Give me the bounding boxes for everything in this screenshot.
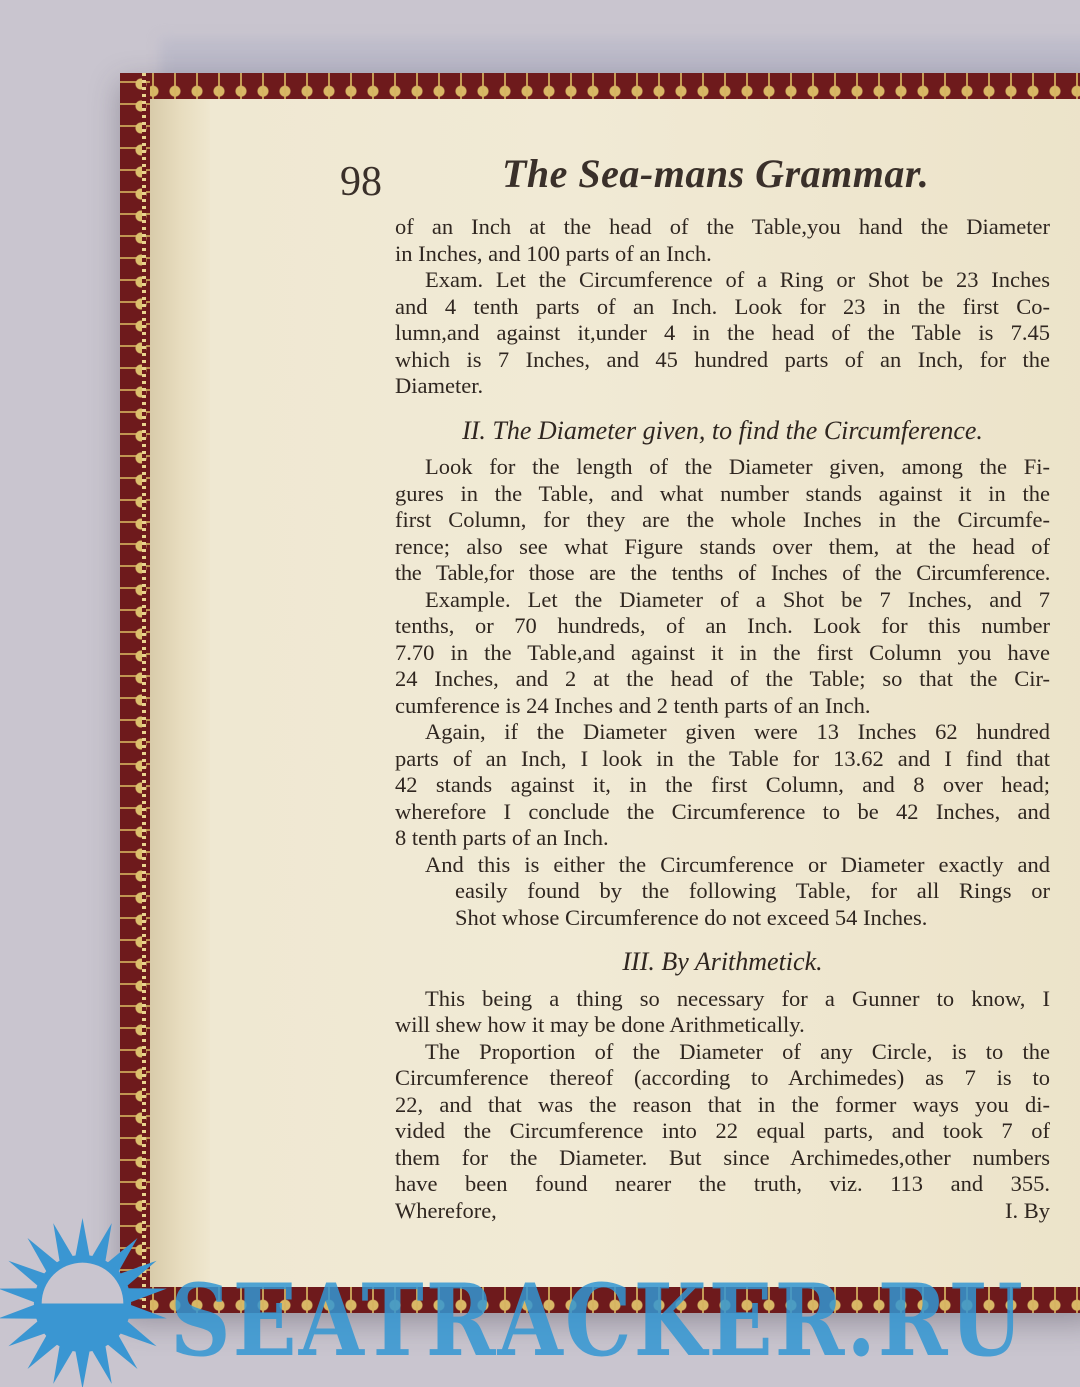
text-line: Exam. Let the Circumference of a Ring or… [395, 267, 1050, 294]
section-heading-ii: II. The Diameter given, to find the Circ… [395, 418, 1050, 445]
gilt-border-bottom [120, 1287, 1080, 1313]
text-line: 24 Inches, and 2 at the head of the Tabl… [395, 666, 1050, 693]
text-line: them for the Diameter. But since Archime… [395, 1145, 1050, 1172]
text-line: and 4 tenth parts of an Inch. Look for 2… [395, 294, 1050, 321]
text-line: cumference is 24 Inches and 2 tenth part… [395, 693, 1050, 720]
text-line: which is 7 Inches, and 45 hundred parts … [395, 347, 1050, 374]
text-line: The Proportion of the Diameter of any Ci… [395, 1039, 1050, 1066]
text-line: tenths, or 70 hundreds, of an Inch. Look… [395, 613, 1050, 640]
text-line: Shot whose Circumference do not exceed 5… [395, 905, 1050, 932]
text-line: Diameter. [395, 373, 1050, 400]
text-line: Circumference thereof (according to Arch… [395, 1065, 1050, 1092]
text-line: first Column, for they are the whole Inc… [395, 507, 1050, 534]
running-head: The Sea-mans Grammar. [502, 150, 929, 197]
text-line: 8 tenth parts of an Inch. [395, 825, 1050, 852]
text-line: wherefore I conclude the Circumference t… [395, 799, 1050, 826]
body-text: of an Inch at the head of the Table,you … [395, 214, 1050, 1224]
text-line: Again, if the Diameter given were 13 Inc… [395, 719, 1050, 746]
gilt-border-left [120, 73, 150, 1313]
text-line: vided the Circumference into 22 equal pa… [395, 1118, 1050, 1145]
text-line: gures in the Table, and what number stan… [395, 481, 1050, 508]
catchword: I. By [1005, 1198, 1050, 1225]
text-line: easily found by the following Table, for… [395, 878, 1050, 905]
text-line: 22, and that was the reason that in the … [395, 1092, 1050, 1119]
text-line: parts of an Inch, I look in the Table fo… [395, 746, 1050, 773]
text-line: This being a thing so necessary for a Gu… [395, 986, 1050, 1013]
text-line: will shew how it may be done Arithmetica… [395, 1012, 1050, 1039]
text-line: Wherefore, [395, 1198, 497, 1225]
text-line: the Table,for those are the tenths of In… [395, 560, 1050, 587]
text-line: have been found nearer the truth, viz. 1… [395, 1171, 1050, 1198]
text-line: Example. Let the Diameter of a Shot be 7… [395, 587, 1050, 614]
text-line: in Inches, and 100 parts of an Inch. [395, 241, 1050, 268]
gilt-border-top [120, 73, 1080, 99]
text-line: lumn,and against it,under 4 in the head … [395, 320, 1050, 347]
text-line: of an Inch at the head of the Table,you … [395, 214, 1050, 241]
section-heading-iii: III. By Arithmetick. [395, 949, 1050, 976]
last-line: Wherefore, I. By [395, 1198, 1050, 1225]
text-line: rence; also see what Figure stands over … [395, 534, 1050, 561]
text-line: 42 stands against it, in the first Colum… [395, 772, 1050, 799]
page-number: 98 [340, 158, 382, 206]
text-line: 7.70 in the Table,and against it in the … [395, 640, 1050, 667]
text-line: Look for the length of the Diameter give… [395, 454, 1050, 481]
text-line: And this is either the Circumference or … [395, 852, 1050, 879]
page-gutter [150, 99, 210, 1287]
